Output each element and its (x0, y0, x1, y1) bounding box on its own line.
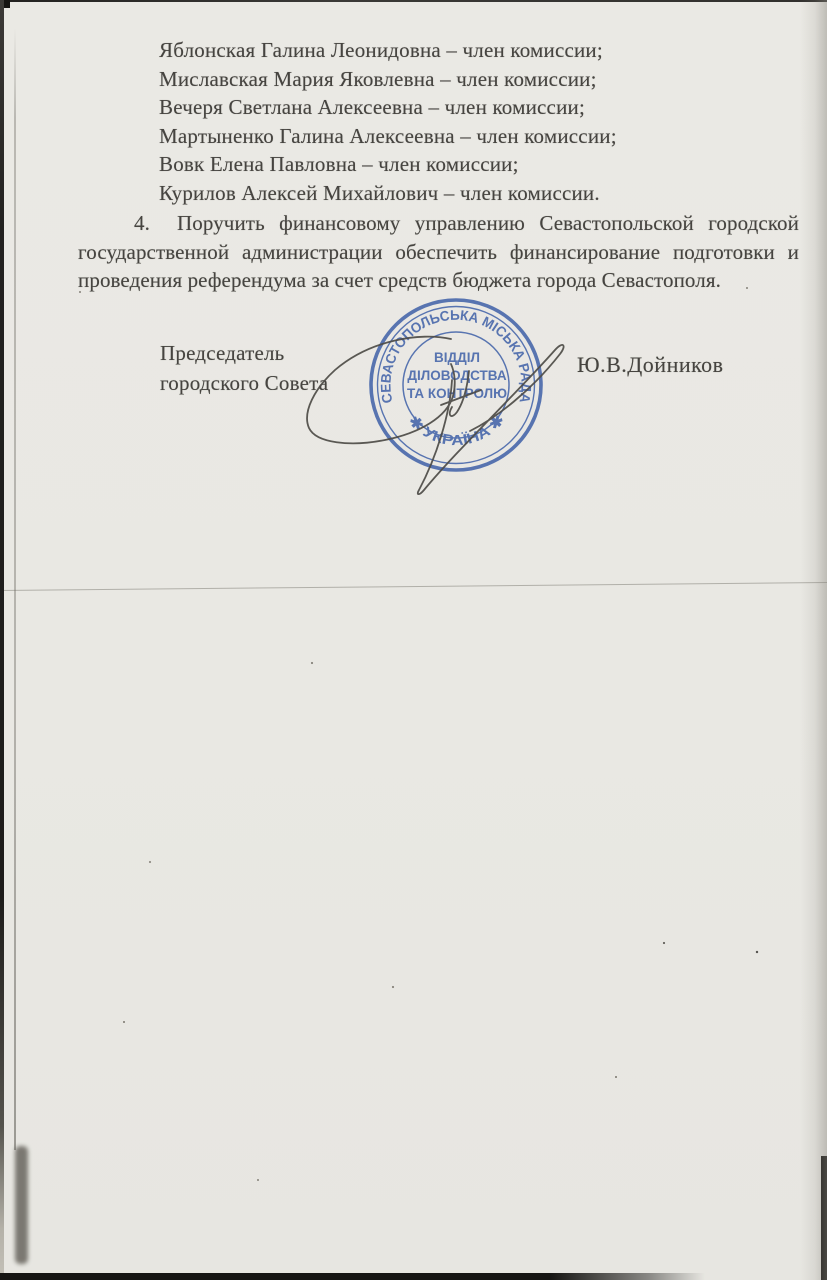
scan-edge-bottom (0, 1273, 705, 1280)
paper-fold-crease (0, 582, 827, 591)
page-right-shadow (800, 0, 827, 1280)
list-item: Мартыненко Галина Алексеевна – член коми… (159, 122, 617, 151)
scan-fold-line (14, 28, 16, 1150)
scan-fold-smudge (15, 1146, 28, 1264)
stamp-and-signature: СЕВАСТОПОЛЬСЬКА МІСЬКА РАДА ✱ УКРАЇНА ✱ … (285, 280, 595, 510)
scan-edge-left (0, 0, 4, 1280)
list-item: Вовк Елена Павловна – член комиссии; (159, 150, 617, 179)
list-item: Вечеря Светлана Алексеевна – член комисс… (159, 93, 617, 122)
signer-name: Ю.В.Дойников (577, 352, 724, 378)
scan-edge-top (0, 0, 827, 2)
paragraph-line: 4. Поручить финансовому управлению Севас… (78, 209, 799, 238)
commission-members-list: Яблонская Галина Леонидовна – член комис… (159, 36, 617, 207)
scanned-document-page: { "document": { "commission_members": [ … (0, 0, 827, 1280)
list-item: Миславская Мария Яковлевна – член комисс… (159, 65, 617, 94)
official-round-stamp: СЕВАСТОПОЛЬСЬКА МІСЬКА РАДА ✱ УКРАЇНА ✱ … (371, 300, 541, 470)
paragraph-number: 4. (134, 209, 150, 238)
list-item: Яблонская Галина Леонидовна – член комис… (159, 36, 617, 65)
stamp-center-line: ВІДДІЛ (434, 350, 480, 365)
list-item: Курилов Алексей Михайлович – член комисс… (159, 179, 617, 208)
paragraph-text: Поручить финансовому управлению Севастоп… (177, 211, 799, 235)
paragraph-line: государственной администрации обеспечить… (78, 238, 799, 267)
stamp-center-line: ДІЛОВОДСТВА (407, 368, 506, 383)
